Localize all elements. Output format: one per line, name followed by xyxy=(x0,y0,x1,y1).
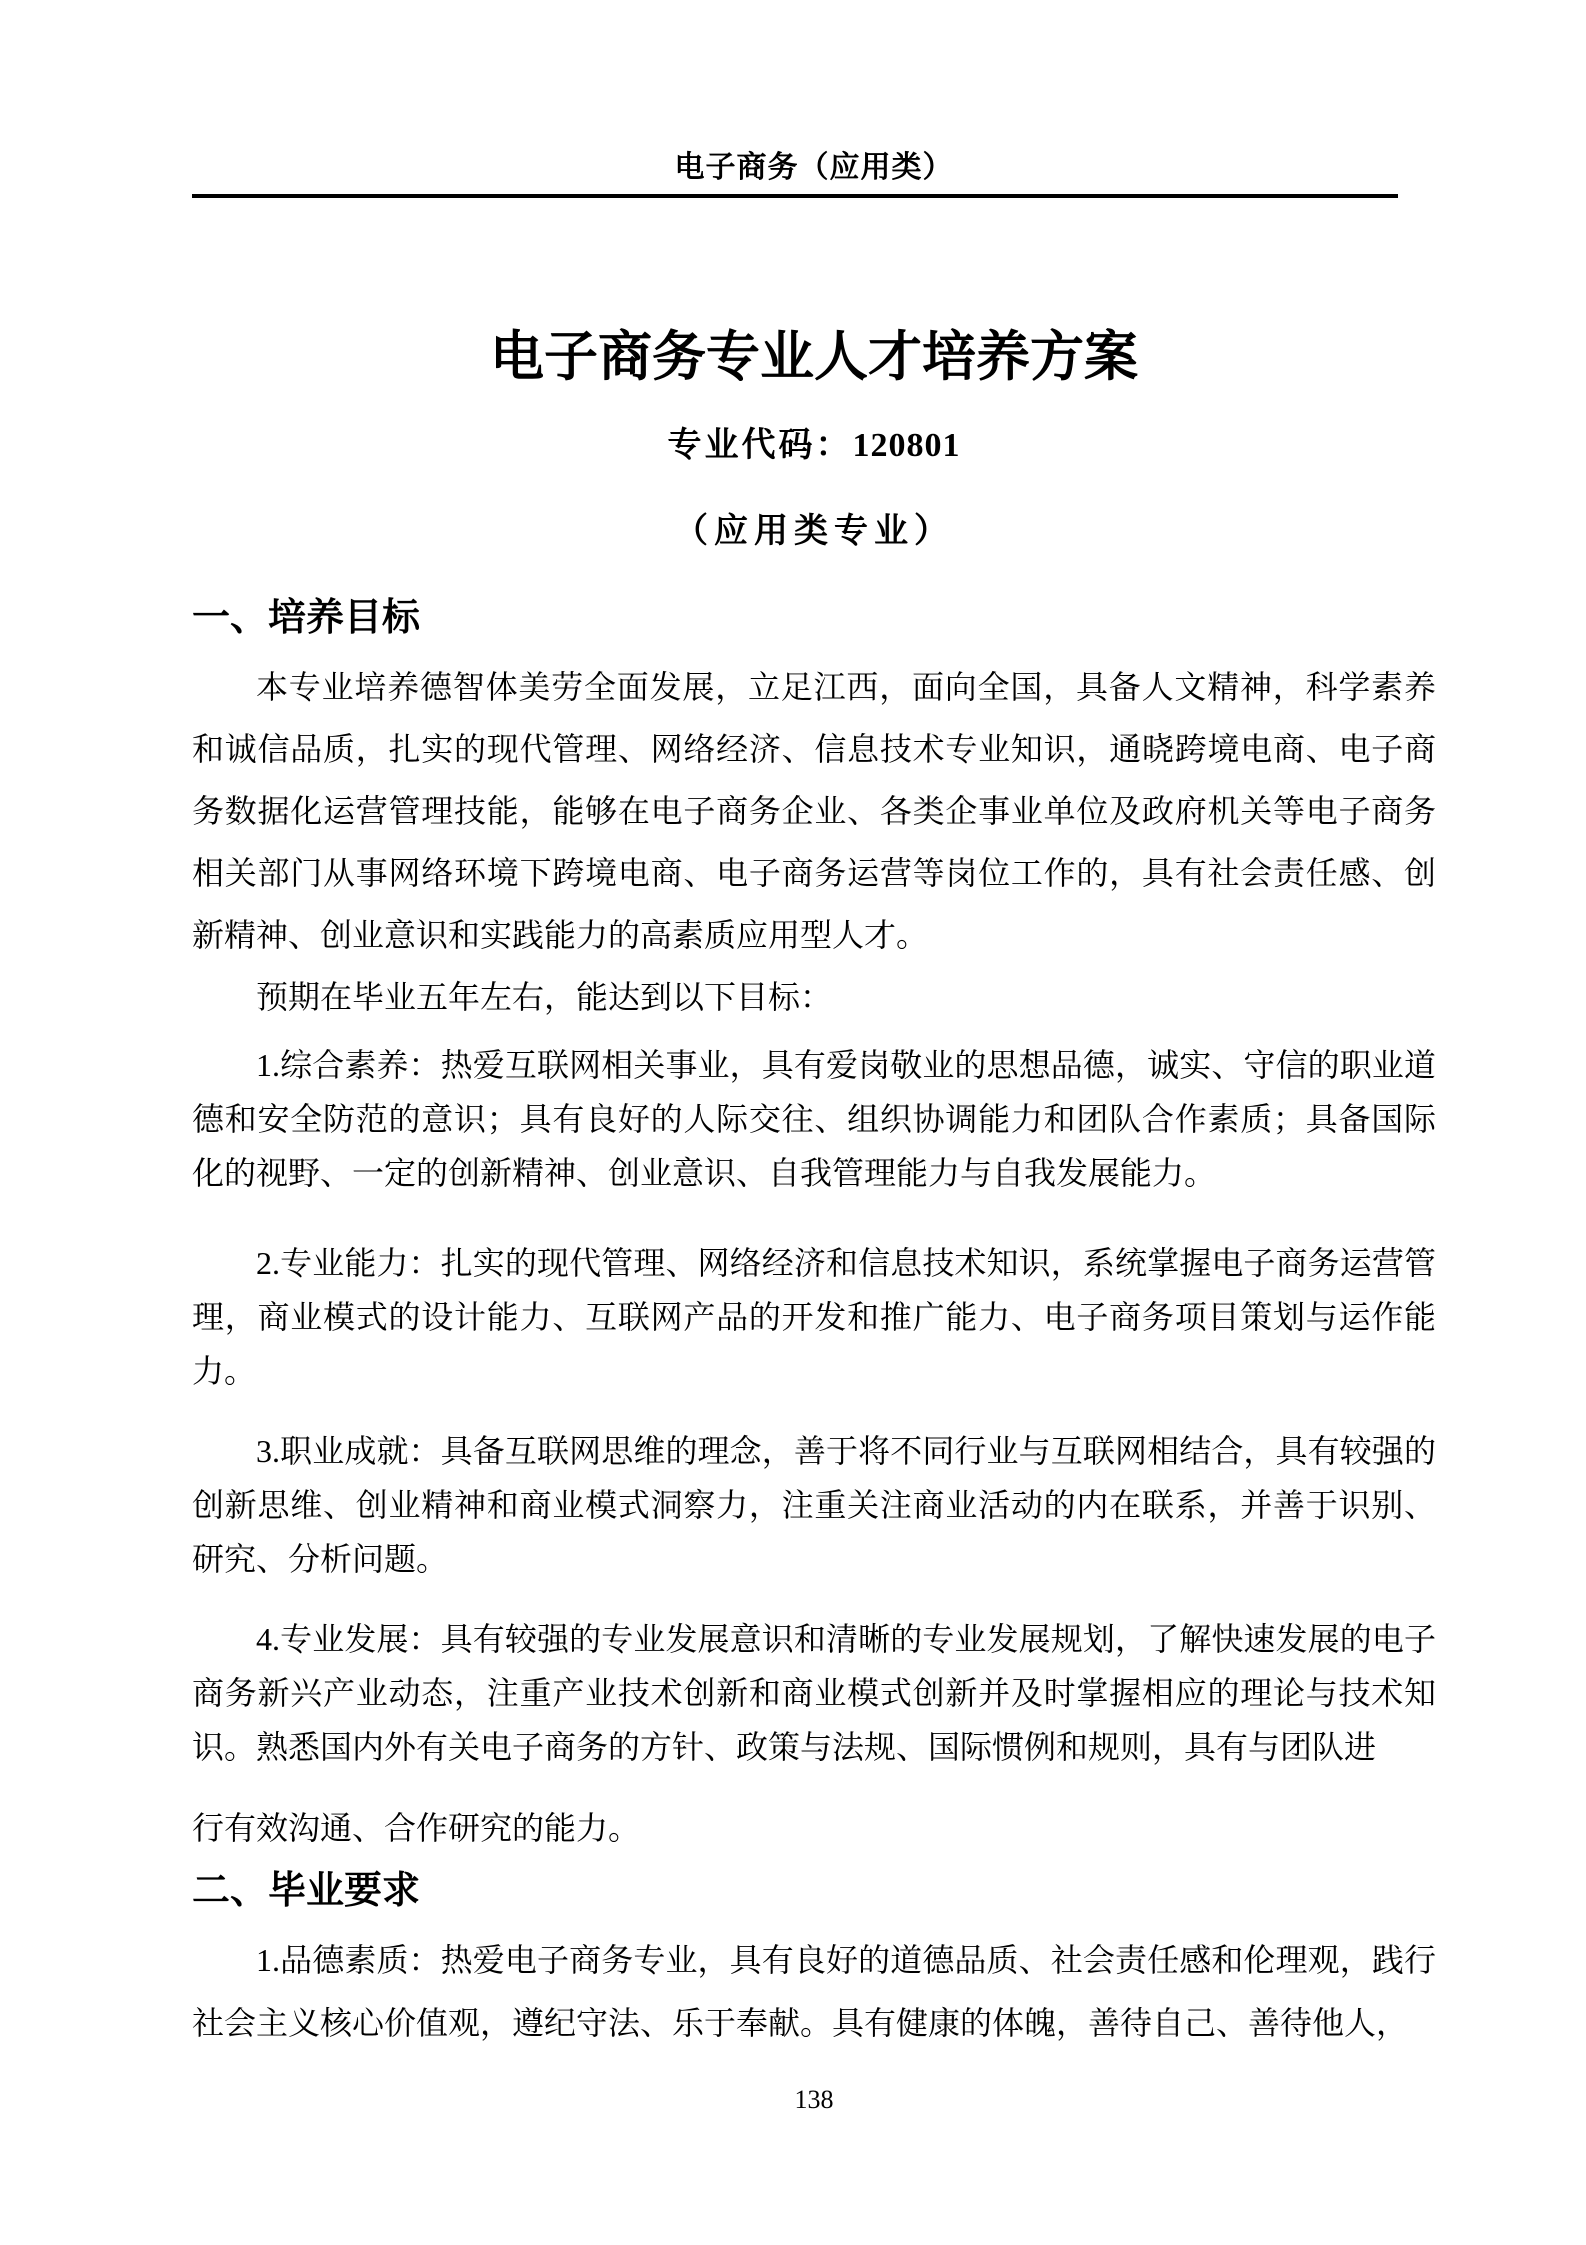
goal-item-4: 4.专业发展：具有较强的专业发展意识和清晰的专业发展规划，了解快速发展的电子商务… xyxy=(192,1612,1436,1774)
header-rule xyxy=(192,194,1398,198)
goal-item-2: 2.专业能力：扎实的现代管理、网络经济和信息技术知识，系统掌握电子商务运营管理，… xyxy=(192,1236,1436,1398)
major-code-label: 专业代码： xyxy=(668,427,853,464)
training-objective-intro-paragraph: 本专业培养德智体美劳全面发展，立足江西，面向全国，具备人文精神，科学素养和诚信品… xyxy=(192,656,1436,966)
training-objective-leadin: 预期在毕业五年左右，能达到以下目标： xyxy=(192,966,1436,1028)
goal-item-1: 1.综合素养：热爱互联网相关事业，具有爱岗敬业的思想品德，诚实、守信的职业道德和… xyxy=(192,1038,1436,1200)
section1-heading: 一、培养目标 xyxy=(192,596,1436,640)
major-code-value: 120801 xyxy=(853,427,961,464)
page-number: 138 xyxy=(192,2082,1436,2118)
section2-heading: 二、毕业要求 xyxy=(192,1869,1436,1913)
document-page: 电子商务（应用类） 电子商务专业人才培养方案 专业代码：120801 （应用类专… xyxy=(0,0,1586,2245)
running-header: 电子商务（应用类） xyxy=(192,150,1436,186)
goal-item-4-continuation: 行有效沟通、合作研究的能力。 xyxy=(192,1797,1436,1859)
major-code-line: 专业代码：120801 xyxy=(192,426,1436,466)
requirement-item-1: 1.品德素质：热爱电子商务专业，具有良好的道德品质、社会责任感和伦理观，践行社会… xyxy=(192,1929,1436,2055)
document-title: 电子商务专业人才培养方案 xyxy=(192,328,1436,386)
document-subtitle: （应用类专业） xyxy=(192,512,1436,552)
goal-item-3: 3.职业成就：具备互联网思维的理念，善于将不同行业与互联网相结合，具有较强的创新… xyxy=(192,1424,1436,1586)
